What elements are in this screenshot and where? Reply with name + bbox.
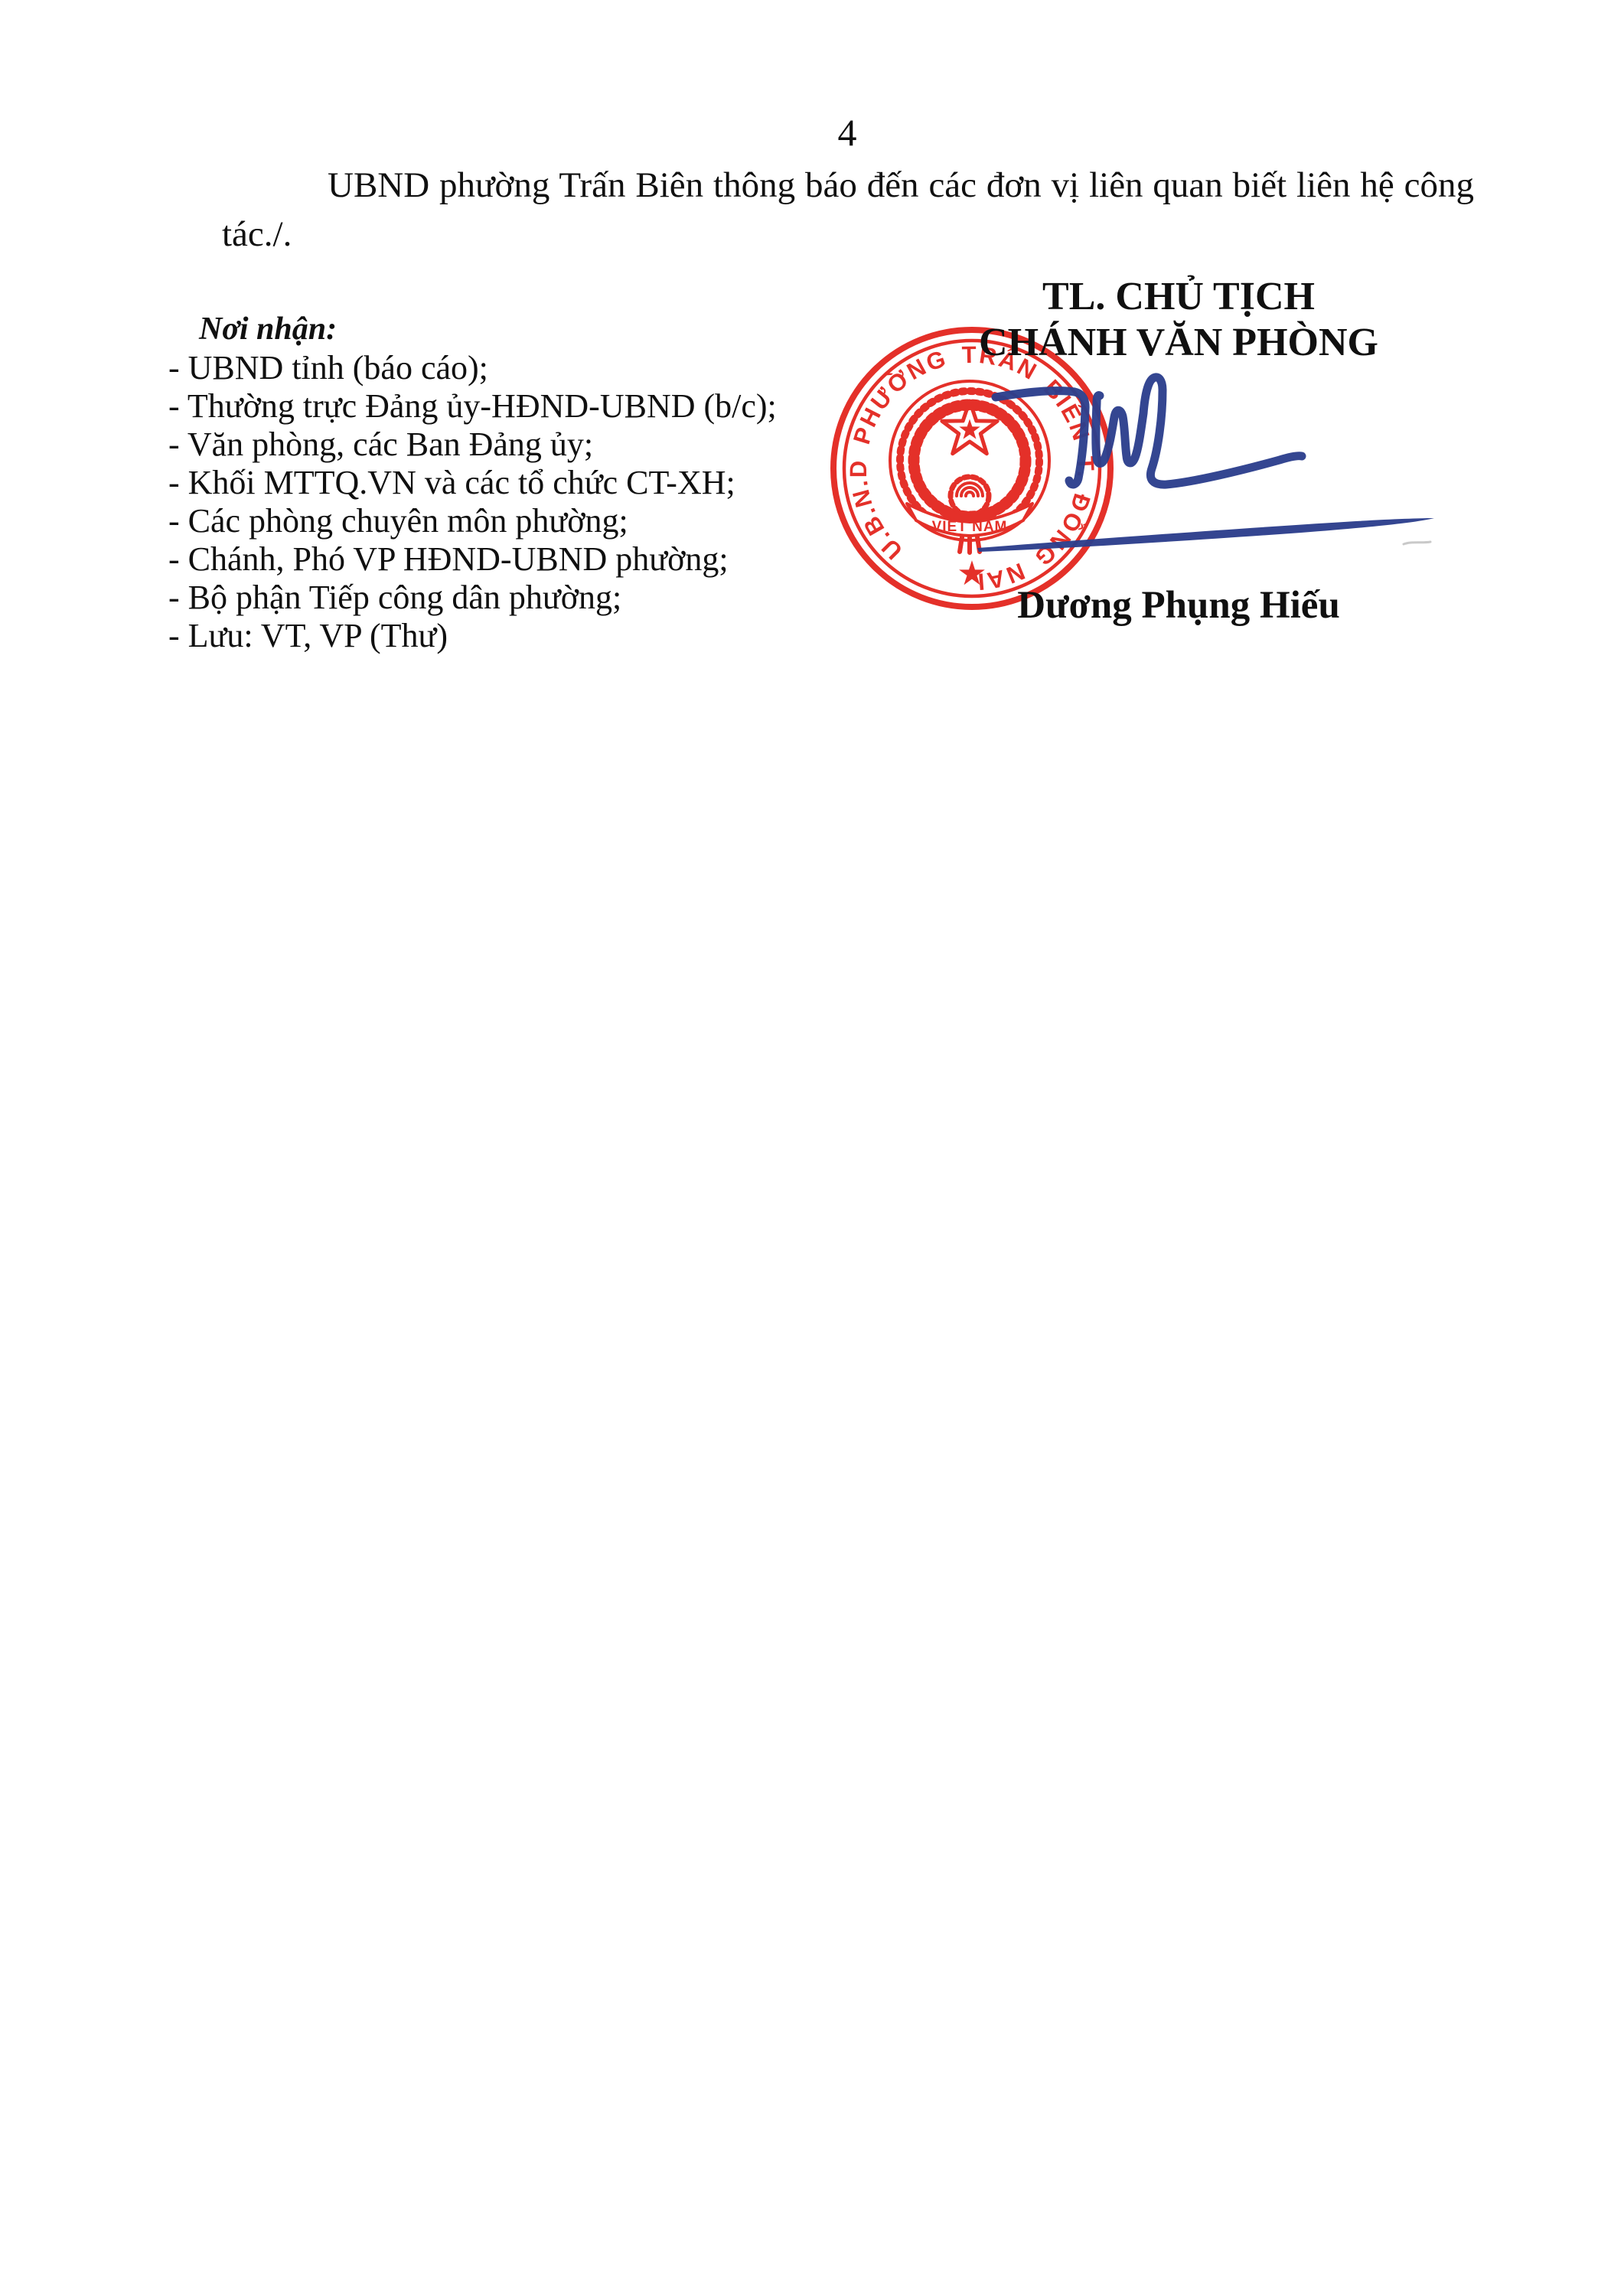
recipients-heading: Nơi nhận: <box>199 311 777 349</box>
recipient-item: - Lưu: VT, VP (Thư) <box>168 617 777 655</box>
signer-title-line2: CHÁNH VĂN PHÒNG <box>872 320 1485 366</box>
emblem-border-circle <box>890 381 1049 540</box>
recipient-item: - Chánh, Phó VP HĐND-UBND phường; <box>168 540 777 579</box>
signature-main-stroke <box>996 377 1302 484</box>
seal-outer-ring <box>833 330 1110 607</box>
recipient-item: - Các phòng chuyên môn phường; <box>168 502 777 540</box>
official-seal: U.B.N.D PHƯỜNG TRẤN BIÊN T. ĐỒNG NAI ★ V… <box>833 330 1110 607</box>
recipient-item: - Thường trực Đảng ủy-HĐND-UBND (b/c); <box>168 387 777 426</box>
signer-title-block: TL. CHỦ TỊCH CHÁNH VĂN PHÒNG <box>872 274 1485 366</box>
signer-name: Dương Phụng Hiếu <box>872 583 1485 628</box>
emblem-star-inner <box>959 419 980 439</box>
emblem-wreath-outer <box>900 391 1039 530</box>
emblem-wreath-inner <box>914 405 1026 517</box>
emblem-star-icon <box>942 401 997 454</box>
scan-artifact <box>1404 542 1430 544</box>
handwritten-signature <box>977 377 1434 552</box>
emblem-gear <box>951 477 989 515</box>
recipient-item: - Văn phòng, các Ban Đảng ủy; <box>168 426 777 464</box>
emblem-banner-text: VIỆT NAM <box>932 518 1008 535</box>
recipient-item: - UBND tỉnh (báo cáo); <box>168 349 777 387</box>
page-number: 4 <box>222 110 1472 155</box>
recipient-item: - Khối MTTQ.VN và các tổ chức CT-XH; <box>168 464 777 502</box>
body-paragraph: UBND phường Trấn Biên thông báo đến các … <box>222 161 1474 259</box>
seal-ring-text: U.B.N.D PHƯỜNG TRẤN BIÊN T. ĐỒNG NAI <box>845 341 1099 595</box>
signature-underline-stroke <box>977 518 1434 552</box>
recipients-block: Nơi nhận: - UBND tỉnh (báo cáo); - Thườn… <box>168 311 777 655</box>
emblem-tassels <box>960 537 980 553</box>
recipient-item: - Bộ phận Tiếp công dân phường; <box>168 579 777 617</box>
national-emblem: VIỆT NAM <box>890 381 1049 553</box>
signer-title-line1: TL. CHỦ TỊCH <box>872 274 1485 320</box>
emblem-gear-arcs <box>957 483 983 496</box>
document-page: U.B.N.D PHƯỜNG TRẤN BIÊN T. ĐỒNG NAI ★ V… <box>0 0 1624 2296</box>
emblem-banner <box>907 504 1032 536</box>
seal-inner-ring <box>844 341 1100 596</box>
